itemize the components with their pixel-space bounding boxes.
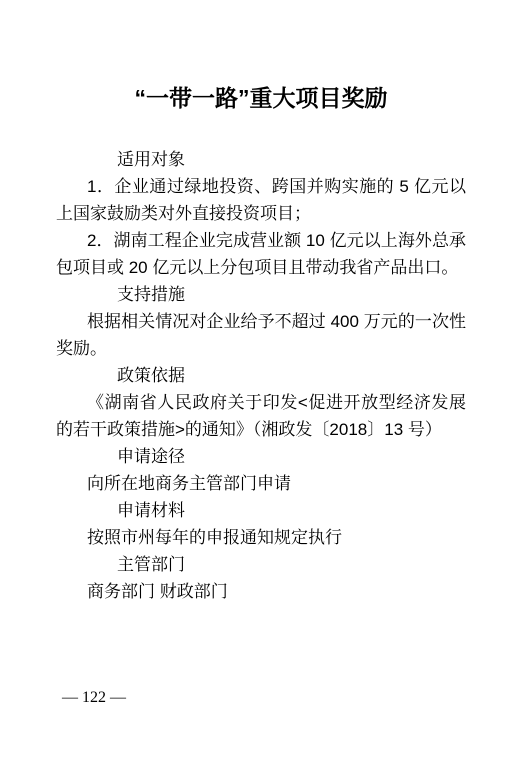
- section-application-materials: 申请材料 按照市州每年的申报通知规定执行: [56, 497, 466, 551]
- section-applicable-targets: 适用对象 1．企业通过绿地投资、跨国并购实施的 5 亿元以上国家鼓励类对外直接投…: [56, 146, 466, 281]
- section-application-channel: 申请途径 向所在地商务主管部门申请: [56, 443, 466, 497]
- page-title: “一带一路”重大项目奖励: [56, 84, 466, 112]
- paragraph-support-measure: 根据相关情况对企业给予不超过 400 万元的一次性奖励。: [56, 308, 466, 362]
- section-heading-policy-basis: 政策依据: [117, 362, 466, 389]
- section-heading-application-channel: 申请途径: [117, 443, 466, 470]
- section-policy-basis: 政策依据 《湖南省人民政府关于印发<促进开放型经济发展的若干政策措施>的通知》（…: [56, 362, 466, 443]
- section-heading-support-measures: 支持措施: [117, 281, 466, 308]
- section-heading-application-materials: 申请材料: [117, 497, 466, 524]
- page-number: — 122 —: [62, 688, 126, 708]
- section-heading-competent-departments: 主管部门: [117, 551, 466, 578]
- paragraph-competent-departments: 商务部门 财政部门: [56, 578, 466, 605]
- section-competent-departments: 主管部门 商务部门 财政部门: [56, 551, 466, 605]
- document-page: “一带一路”重大项目奖励 适用对象 1．企业通过绿地投资、跨国并购实施的 5 亿…: [0, 0, 528, 767]
- section-support-measures: 支持措施 根据相关情况对企业给予不超过 400 万元的一次性奖励。: [56, 281, 466, 362]
- paragraph-application-channel: 向所在地商务主管部门申请: [56, 470, 466, 497]
- document-body: “一带一路”重大项目奖励 适用对象 1．企业通过绿地投资、跨国并购实施的 5 亿…: [0, 0, 528, 605]
- paragraph-item-1: 1．企业通过绿地投资、跨国并购实施的 5 亿元以上国家鼓励类对外直接投资项目；: [56, 173, 466, 227]
- section-heading-applicable-targets: 适用对象: [117, 146, 466, 173]
- paragraph-policy-basis: 《湖南省人民政府关于印发<促进开放型经济发展的若干政策措施>的通知》（湘政发〔2…: [56, 389, 466, 443]
- paragraph-application-materials: 按照市州每年的申报通知规定执行: [56, 524, 466, 551]
- paragraph-item-2: 2．湖南工程企业完成营业额 10 亿元以上海外总承包项目或 20 亿元以上分包项…: [56, 227, 466, 281]
